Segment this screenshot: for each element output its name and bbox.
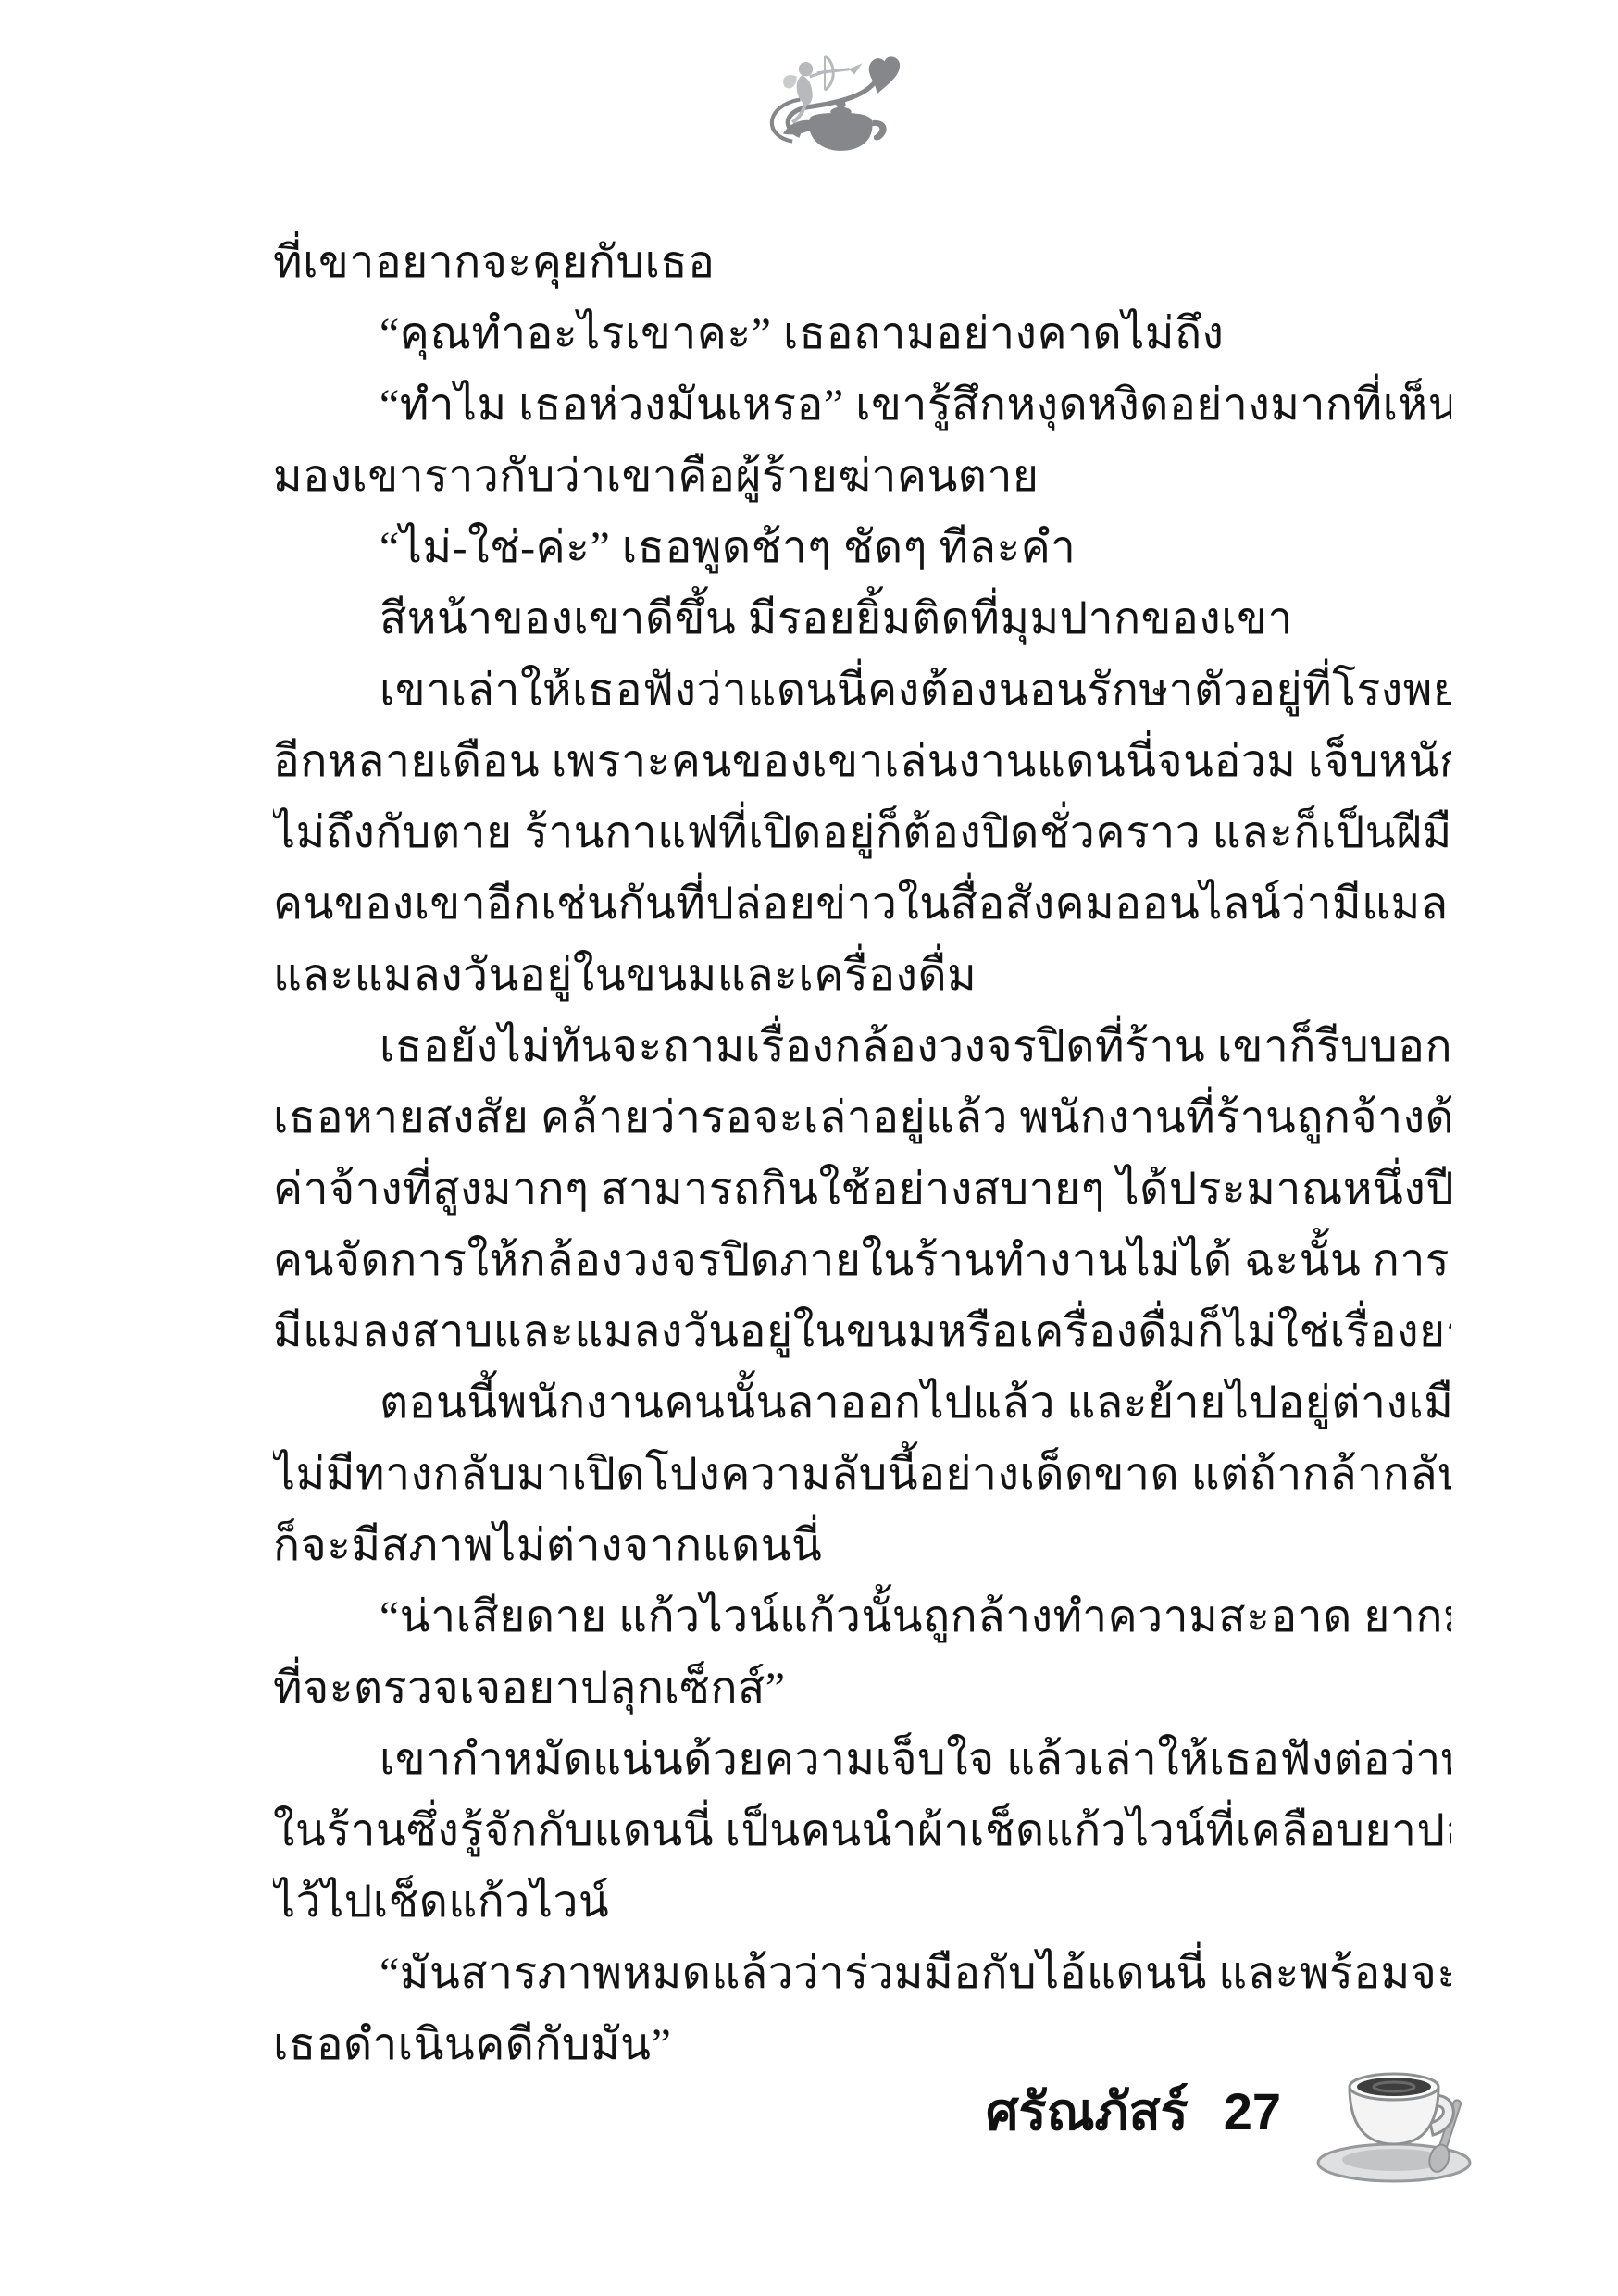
text-line: ที่เขาอยากจะคุยกับเธอ <box>273 227 1451 298</box>
body-text: ที่เขาอยากจะคุยกับเธอ “คุณทำอะไรเขาคะ” เ… <box>273 227 1451 2080</box>
book-page: ที่เขาอยากจะคุยกับเธอ “คุณทำอะไรเขาคะ” เ… <box>0 0 1618 2296</box>
text-line: เขาเล่าให้เธอฟังว่าแดนนี่คงต้องนอนรักษาต… <box>273 655 1451 726</box>
text-line: อีกหลายเดือน เพราะคนของเขาเล่นงานแดนนี่จ… <box>273 726 1451 797</box>
text-line: ตอนนี้พนักงานคนนั้นลาออกไปแล้ว และย้ายไป… <box>273 1367 1451 1439</box>
text-line: เธอหายสงสัย คล้ายว่ารอจะเล่าอยู่แล้ว พนั… <box>273 1082 1451 1154</box>
text-line: ไม่มีทางกลับมาเปิดโปงความลับนี้อย่างเด็ด… <box>273 1439 1451 1510</box>
coffee-cup-graphic <box>1313 2048 1479 2187</box>
cupid-heart-teapot-ornament-icon <box>741 44 907 154</box>
text-line: “น่าเสียดาย แก้วไวน์แก้วนั้นถูกล้างทำควา… <box>273 1581 1451 1653</box>
text-line: “มันสารภาพหมดแล้วว่าร่วมมือกับไอ้แดนนี่ … <box>273 1938 1451 2009</box>
footer-text: ศรัณภัสร์ 27 <box>986 2070 1281 2165</box>
text-line: คนของเขาอีกเช่นกันที่ปล่อยข่าวในสื่อสังค… <box>273 868 1451 940</box>
text-line: ในร้านซึ่งรู้จักกับแดนนี่ เป็นคนนำผ้าเช็… <box>273 1795 1451 1866</box>
page-footer: ศรัณภัสร์ 27 <box>986 2048 1479 2187</box>
text-line: ไว้ไปเช็ดแก้วไวน์ <box>273 1866 1451 1938</box>
text-line: “คุณทำอะไรเขาคะ” เธอถามอย่างคาดไม่ถึง <box>273 298 1451 369</box>
text-line: ค่าจ้างที่สูงมากๆ สามารถกินใช้อย่างสบายๆ… <box>273 1154 1451 1225</box>
ornament-graphic <box>741 44 907 154</box>
text-line: สีหน้าของเขาดีขึ้น มีรอยยิ้มติดที่มุมปาก… <box>273 583 1451 655</box>
text-line: เขากำหมัดแน่นด้วยความเจ็บใจ แล้วเล่าให้เ… <box>273 1724 1451 1795</box>
text-line: มีแมลงสาบและแมลงวันอยู่ในขนมหรือเครื่องด… <box>273 1296 1451 1367</box>
coffee-cup-icon <box>1313 2048 1479 2187</box>
text-line: ก็จะมีสภาพไม่ต่างจากแดนนี่ <box>273 1510 1451 1581</box>
text-line: คนจัดการให้กล้องวงจรปิดภายในร้านทำงานไม่… <box>273 1225 1451 1296</box>
author-name: ศรัณภัสร์ <box>986 2070 1189 2152</box>
text-line: ที่จะตรวจเจอยาปลุกเซ็กส์” <box>273 1653 1451 1724</box>
text-line: “ทำไม เธอห่วงมันเหรอ” เขารู้สึกหงุดหงิดอ… <box>273 369 1451 441</box>
text-line: และแมลงวันอยู่ในขนมและเครื่องดื่ม <box>273 940 1451 1011</box>
text-line: มองเขาราวกับว่าเขาคือผู้ร้ายฆ่าคนตาย <box>273 441 1451 512</box>
text-line: ไม่ถึงกับตาย ร้านกาแฟที่เปิดอยู่ก็ต้องปิ… <box>273 797 1451 868</box>
text-line: “ไม่-ใช่-ค่ะ” เธอพูดช้าๆ ชัดๆ ทีละคำ <box>273 512 1451 583</box>
text-line: เธอยังไม่ทันจะถามเรื่องกล้องวงจรปิดที่ร้… <box>273 1011 1451 1082</box>
page-number: 27 <box>1224 2081 1281 2141</box>
